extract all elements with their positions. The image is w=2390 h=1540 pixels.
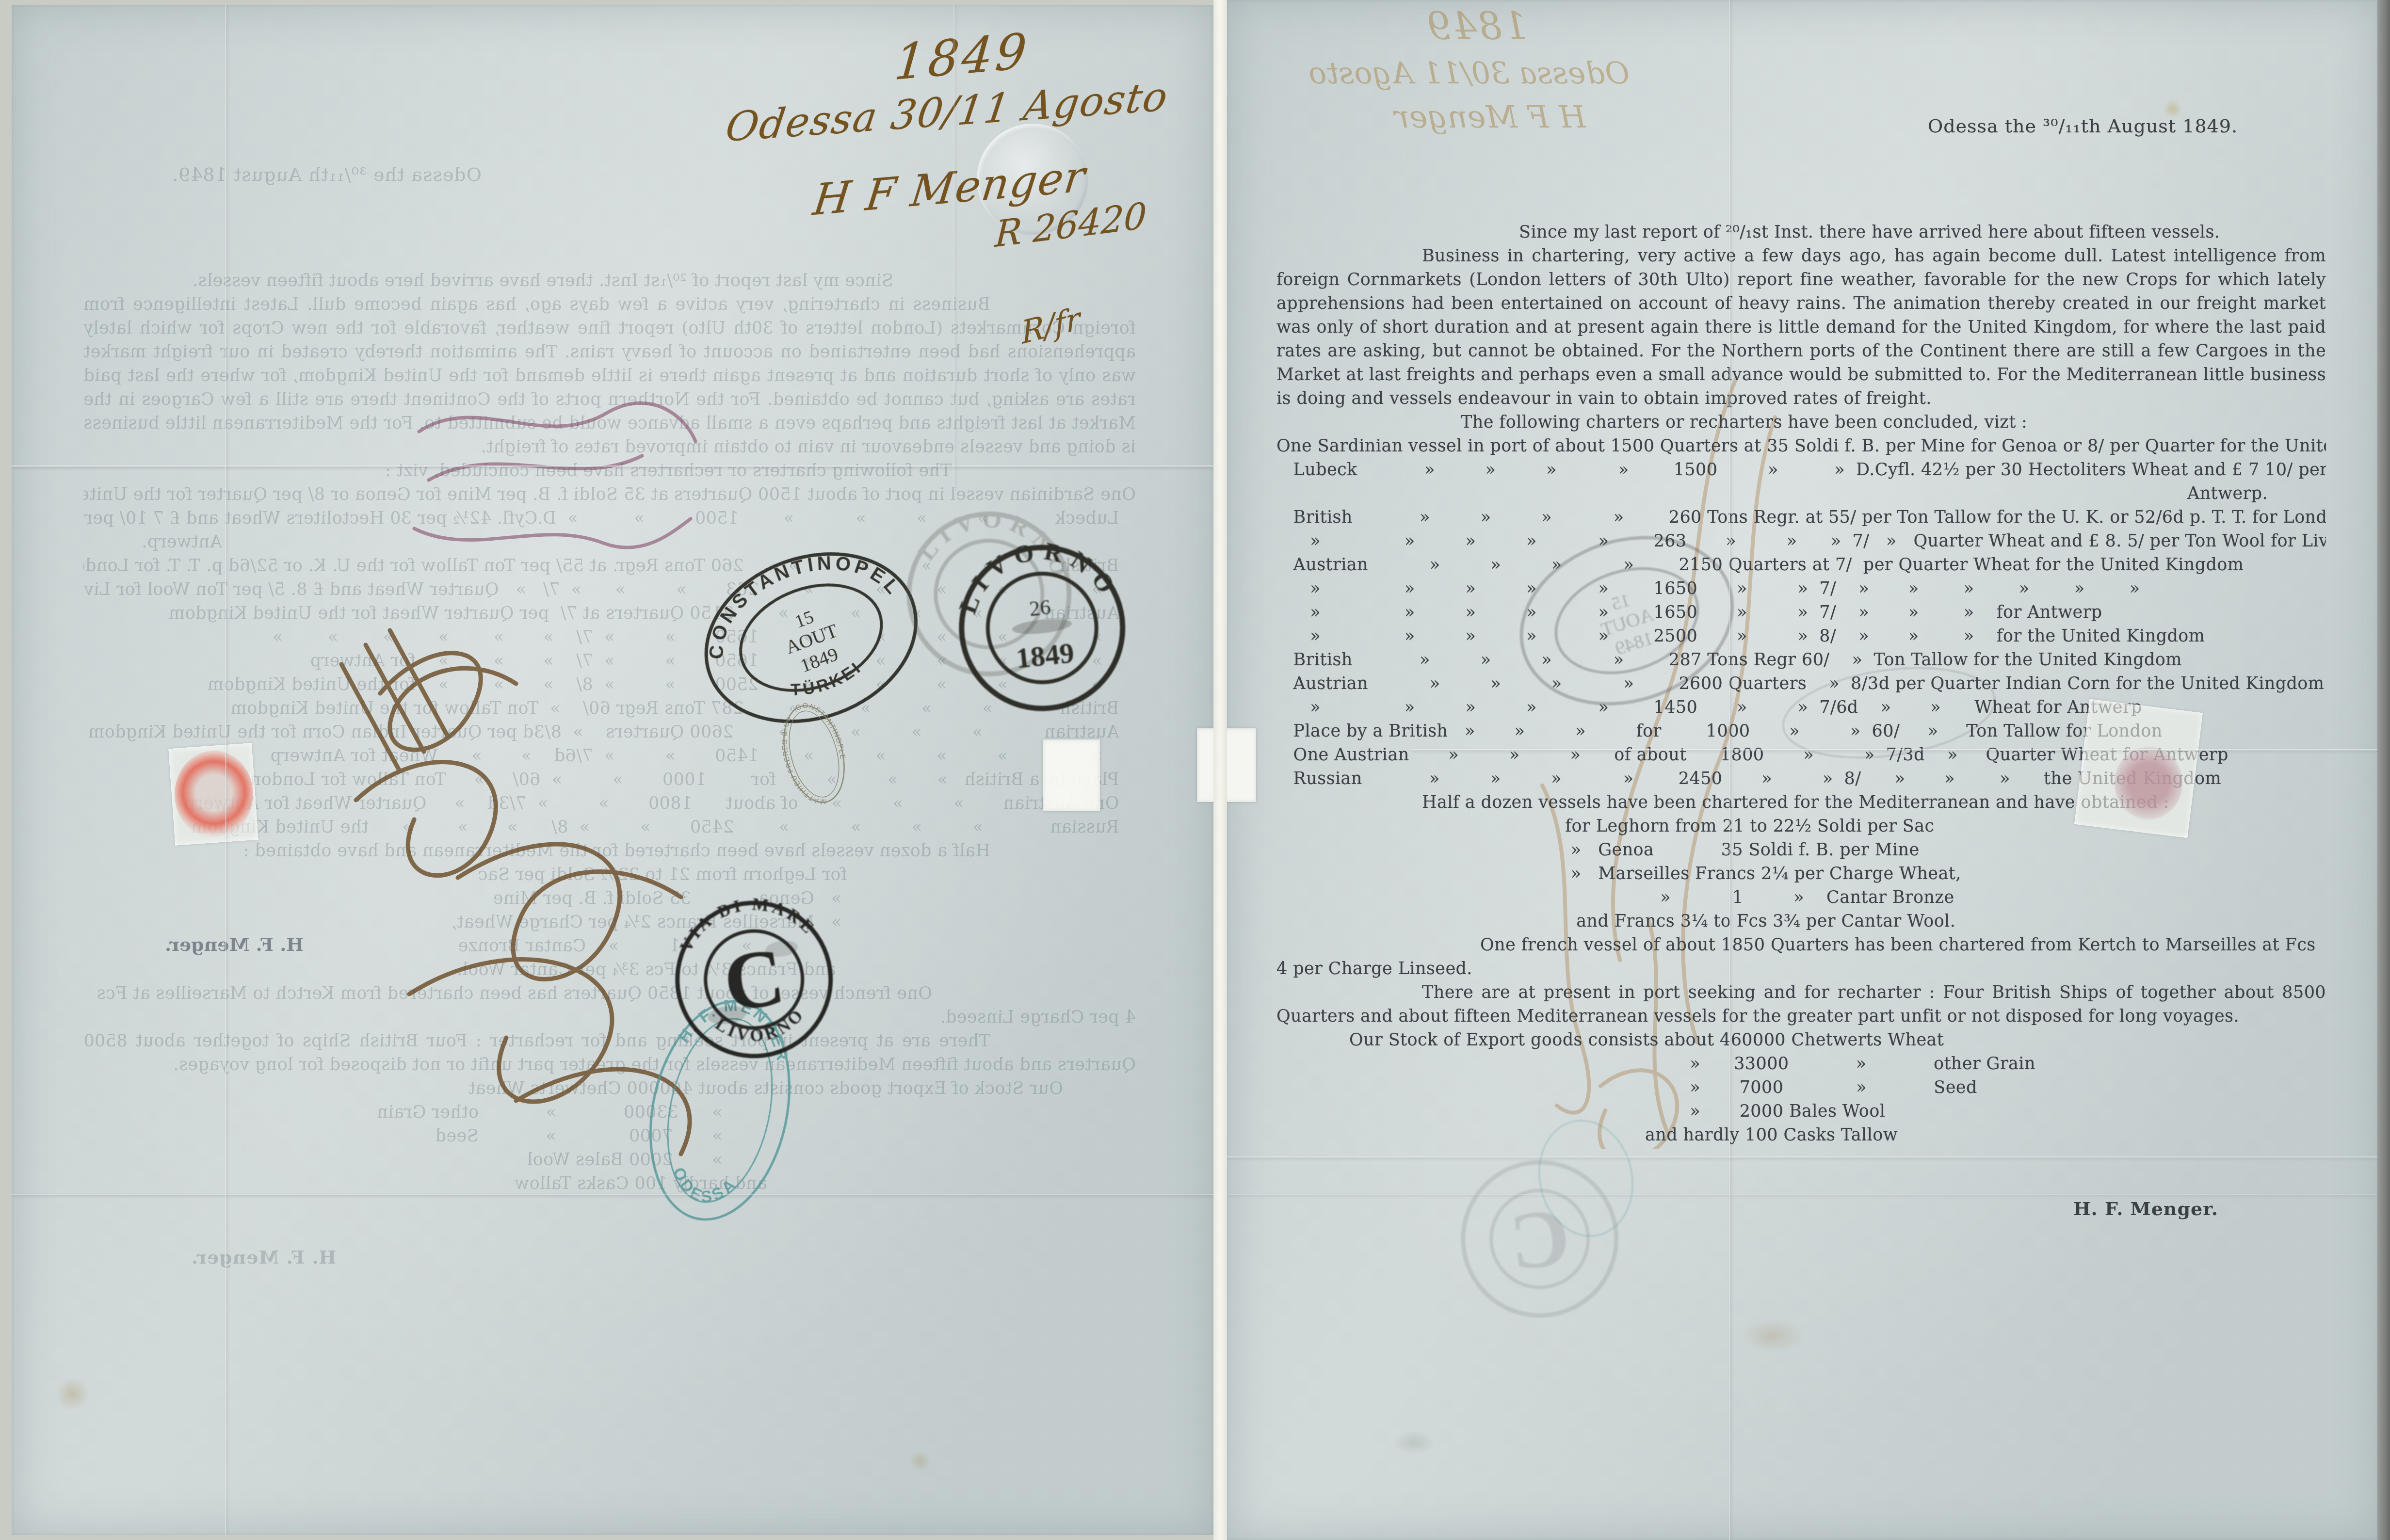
sender-oval-cachet: H. F. MENGER ODESSA <box>618 976 821 1247</box>
charter-line: Lubeck » » » » 1500 » » D.Cyfl. 42½ per … <box>1276 458 2326 482</box>
charter-line: Lubeck » » » » 1500 » » D.Cyfl. 42½ per … <box>83 507 1136 530</box>
charter-line: » » » » » 263 » » » 7/ » Quarter Wheat a… <box>1276 529 2326 553</box>
paper-stain <box>55 1377 89 1411</box>
forwarder-oval-stamp: MATTHIEU FRERES & Co · CONSTANTINOPLE · <box>770 694 859 816</box>
stamp-ring-text: LIVORNO <box>710 1002 811 1052</box>
svg-text:TÜRKEI: TÜRKEI <box>785 656 869 706</box>
signature: H. F. Menger. <box>2073 1198 2218 1219</box>
mediterranean-line: » Genoa 35 Soldi f. B. per Mine <box>83 887 903 911</box>
market-paragraph: Business in chartering, very active a fe… <box>1276 244 2326 411</box>
dateline: Odessa the ³⁰/₁₁th August 1849. <box>1928 115 2238 137</box>
rate-mark: R/fr <box>1020 301 1082 352</box>
charter-line: One Sardinian vessel in port of about 15… <box>1276 434 2326 458</box>
stamp-ring-text: TÜRKEI <box>785 656 869 706</box>
mediterranean-line: » Genoa 35 Soldi f. B. per Mine <box>1509 838 2326 862</box>
stock-list: » 33000 » other Grain » 7000 » Seed » 20… <box>83 1101 1136 1196</box>
maroon-ink-scrawl <box>400 373 710 577</box>
fold-crease <box>953 5 955 490</box>
charter-line: » » » » » 2500 » » 8/ » » » for the Unit… <box>1276 625 2326 648</box>
scanned-letter-1849: { "letter": { "dateline": "Odessa the ³⁰… <box>0 0 2390 1540</box>
charter-line: » » » » » 1650 » » 7/ » » » for Antwerp <box>1276 601 2326 625</box>
stamp-ring-text: LIVORNO <box>948 529 1126 620</box>
charter-line: Antwerp. <box>1276 482 2326 506</box>
fold-crease <box>1227 1194 2378 1196</box>
showthrough-signature: H. F. Menger. <box>165 933 304 955</box>
stamp-month: AOUT <box>782 619 840 658</box>
fold-crease <box>12 465 1213 467</box>
svg-text:LIVORNO: LIVORNO <box>910 492 1086 590</box>
stock-intro: Our Stock of Export goods consists about… <box>83 1077 1136 1101</box>
fold-crease <box>225 5 227 1535</box>
stamp-ring-text: H. F. MENGER <box>673 985 803 1068</box>
stamp-day: 15 <box>792 607 817 632</box>
svg-text:MATTHIEU FRERES & Co · CONSTAN: MATTHIEU FRERES & Co · CONSTANTINOPLE · <box>770 694 858 813</box>
mediterranean-rates: for Leghorn from 21 to 22½ Soldi per Sac… <box>83 863 1136 982</box>
stamp-ring-text: CONSTANTINOPEL <box>683 525 908 666</box>
opening-line: Since my last report of ²⁰/₁st Inst. the… <box>1276 221 2326 244</box>
scan-edge <box>2377 0 2390 1540</box>
port-status-paragraph: There are at present in port seeking and… <box>83 1029 1136 1077</box>
charter-line: British » » » » 287 Tons Regr 60/ » Ton … <box>1276 648 2326 672</box>
stamp-year: 1849 <box>1015 637 1076 674</box>
letter-front-page: 1849 Odessa 30/11 Agosto H F Menger 15 A… <box>1227 0 2378 1540</box>
wax-seal-remnant <box>175 751 253 838</box>
charter-line: » » » » » 1650 » » 7/ » » » » » » <box>83 626 1136 649</box>
signature: H. F. Menger. <box>191 1246 336 1268</box>
wax-seal-showthrough <box>2115 747 2182 819</box>
french-vessel-line: One french vessel of about 1850 Quarters… <box>83 982 1136 1029</box>
brown-ink-scrawl <box>312 626 797 1207</box>
stock-line: » 33000 » other Grain <box>1645 1052 2326 1076</box>
charter-line: British » » » » 287 Tons Regr 60/ » Ton … <box>83 697 1136 721</box>
stock-line: » 7000 » Seed <box>1645 1076 2326 1100</box>
port-status-paragraph: There are at present in port seeking and… <box>1276 981 2326 1028</box>
printed-circular: Odessa the ³⁰/₁₁th August 1849. Since my… <box>1227 0 2378 1540</box>
charter-line: Austrian » » » » 2150 Quarters at 7/ per… <box>83 602 1136 626</box>
mediterranean-line: and Francs 3¼ to Fcs 3¾ per Cantar Wool. <box>1509 910 2326 933</box>
mediterranean-line: for Leghorn from 21 to 22½ Soldi per Sac <box>1509 815 2326 838</box>
mediterranean-line: and Francs 3¼ to Fcs 3¾ per Cantar Wool. <box>83 958 903 982</box>
svg-text:CONSTANTINOPEL: CONSTANTINOPEL <box>683 525 908 666</box>
paper-stain <box>909 1450 931 1472</box>
svg-text:ODESSA: ODESSA <box>663 1162 743 1214</box>
mediterranean-line: » Marseilles Francs 2¼ per Charge Wheat, <box>83 911 903 934</box>
charter-line: Austrian » » » » 2150 Quarters at 7/ per… <box>1276 553 2326 577</box>
docket-year: 1849 <box>892 22 1032 92</box>
charter-line: » » » » » 1650 » » 7/ » » » » » » <box>1276 577 2326 601</box>
fold-crease <box>1411 749 2378 751</box>
charter-line: Antwerp. <box>83 530 1136 554</box>
letter-body: Since my last report of ²⁰/₁st Inst. the… <box>1276 221 2326 1147</box>
svg-text:VIA DI MARE: VIA DI MARE <box>670 885 822 957</box>
stamp-center-letter: C <box>718 930 790 1028</box>
svg-text:H. F. MENGER: H. F. MENGER <box>673 985 803 1068</box>
stock-line: » 33000 » other Grain <box>83 1101 767 1124</box>
letter-body: Since my last report of ²⁰/₁st Inst. the… <box>83 269 1136 1196</box>
via-di-mare-entry-stamp: VIA DI MARE LIVORNO C <box>658 883 850 1077</box>
stock-line: and hardly 100 Casks Tallow <box>83 1172 767 1196</box>
fold-crease <box>12 1194 1213 1196</box>
livorno-postmark-ghost-strike: LIVORNO <box>885 490 1093 700</box>
stamp-ring-text: ODESSA <box>663 1162 743 1214</box>
charter-line: » » » » » 2500 » » 8/ » » » for the Unit… <box>83 673 1136 697</box>
letter-back-page: Odessa the ³⁰/₁₁th August 1849. Since my… <box>12 5 1213 1535</box>
svg-text:LIVORNO: LIVORNO <box>948 529 1126 620</box>
opening-line: Since my last report of ²⁰/₁st Inst. the… <box>83 269 1136 293</box>
stamp-day: 26 <box>1028 595 1052 621</box>
charter-line: British » » » » 260 Tons Regr. at 55/ pe… <box>83 554 1136 578</box>
charter-line: Austrian » » » » 2600 Quarters » 8/3d pe… <box>1276 672 2326 696</box>
mediterranean-line: for Leghorn from 21 to 22½ Soldi per Sac <box>83 863 903 887</box>
charter-line: » » » » » 263 » » » 7/ » Quarter Wheat a… <box>83 578 1136 602</box>
mediterranean-line: » Marseilles Francs 2¼ per Charge Wheat, <box>1509 862 2326 886</box>
svg-text:LIVORNO: LIVORNO <box>710 1002 811 1052</box>
mediterranean-intro: Half a dozen vessels have been chartered… <box>83 839 1136 863</box>
stock-line: » 7000 » Seed <box>83 1124 767 1148</box>
stock-list: » 33000 » other Grain » 7000 » Seed » 20… <box>1276 1052 2326 1147</box>
charters-intro: The following charters or recharters hav… <box>83 459 1136 483</box>
livorno-arrival-postmark: LIVORNO 26 1849 <box>943 529 1141 729</box>
stamp-ring-text: VIA DI MARE <box>670 885 822 957</box>
constantinople-transit-postmark: CONSTANTINOPEL TÜRKEI 15 AOUT 1849 <box>674 517 949 761</box>
charter-line: One Sardinian vessel in port of about 15… <box>83 483 1136 507</box>
french-vessel-line: One french vessel of about 1850 Quarters… <box>1276 933 2326 981</box>
market-paragraph: Business in chartering, very active a fe… <box>83 293 1136 459</box>
stamp-year: 1849 <box>797 643 841 677</box>
stock-intro: Our Stock of Export goods consists about… <box>1276 1028 2326 1052</box>
charters-intro: The following charters or recharters hav… <box>1276 411 2326 434</box>
stamp-ring-text: MATTHIEU FRERES & Co · CONSTANTINOPLE · <box>770 694 858 813</box>
charter-line: » » » » » 1650 » » 7/ » » » for Antwerp <box>83 649 1136 673</box>
stamp-ring-text: LIVORNO <box>910 492 1086 590</box>
scan-gap <box>1213 0 1227 1540</box>
fold-crease <box>1227 1156 2378 1158</box>
stock-line: » 2000 Bales Wool <box>1645 1100 2326 1123</box>
stock-line: » 2000 Bales Wool <box>83 1148 767 1172</box>
mediterranean-line: » 1 » Cantar Bronze <box>1509 886 2326 910</box>
dateline: Odessa the ³⁰/₁₁th August 1849. <box>172 164 482 185</box>
paper-patch <box>1043 739 1100 811</box>
charter-line: British » » » » 260 Tons Regr. at 55/ pe… <box>1276 506 2326 529</box>
fold-crease <box>1729 0 1731 1540</box>
charter-line: Austrian » » » » 2600 Quarters » 8/3d pe… <box>83 721 1136 744</box>
stock-line: and hardly 100 Casks Tallow <box>1645 1123 2326 1147</box>
